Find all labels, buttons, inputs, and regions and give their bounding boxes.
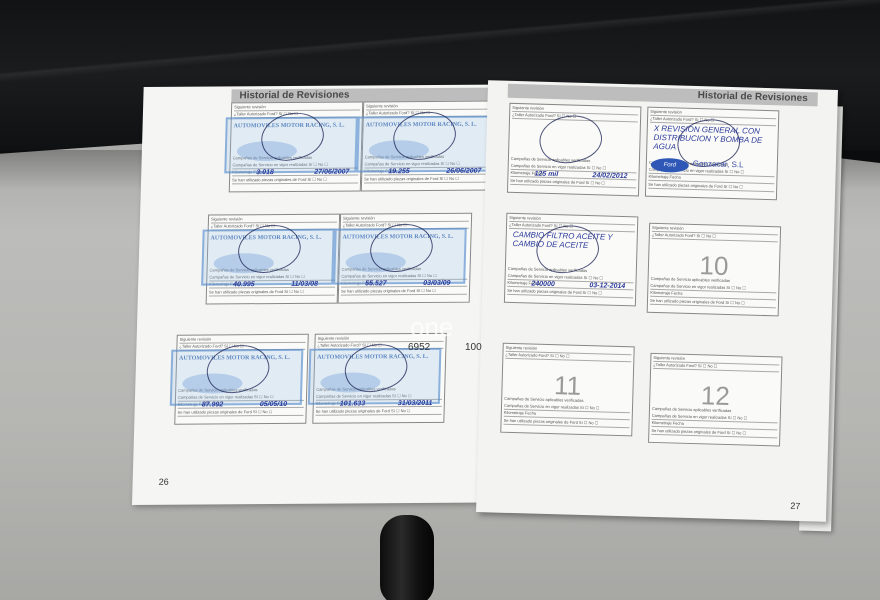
- label-piezas: Se han utilizado piezas originales de Fo…: [341, 287, 467, 296]
- service-number: 12: [650, 379, 781, 414]
- dealer-stamp-text: Gonzacar, S.L: [693, 159, 744, 169]
- right-page: Historial de Revisiones Siguiente revisi…: [476, 80, 838, 522]
- kilometraje-value: 3.018: [256, 169, 274, 176]
- kilometraje-value: 87.992: [202, 401, 224, 408]
- kilometraje-value: 101.633: [340, 400, 366, 407]
- label-piezas: Se han utilizado piezas originales de Fo…: [364, 175, 490, 184]
- fecha-value: 05/05/10: [260, 401, 287, 408]
- service-number: 11: [502, 369, 633, 404]
- page-number: 26: [159, 477, 169, 487]
- service-number: 10: [649, 249, 780, 284]
- watermark-left-value: 6952: [408, 342, 430, 353]
- handwritten-note: X REVISION GENERAL CON DISTRIBUCION Y BO…: [653, 124, 772, 154]
- service-record-card: Siguiente revisión¿Taller Autorizado For…: [648, 353, 782, 447]
- service-record-card: Siguiente revisión¿Taller Autorizado For…: [229, 101, 364, 192]
- service-record-card: Siguiente revisión¿Taller Autorizado For…: [504, 213, 638, 307]
- kilometraje-value: 40.995: [233, 281, 255, 288]
- phone-holder-clip: [380, 515, 434, 600]
- fecha-value: 03/03/09: [423, 280, 450, 287]
- watermark-logo: one: [410, 312, 453, 343]
- kilometraje-value: 240000: [531, 280, 555, 288]
- service-record-card: Siguiente revisión¿Taller Autorizado For…: [206, 214, 341, 305]
- kilometraje-value: 19.255: [388, 168, 410, 175]
- service-record-card: Siguiente revisión¿Taller Autorizado For…: [645, 107, 779, 201]
- handwritten-note: CAMBIO FILTRO ACEITE Y CAMBIO DE ACEITE: [512, 230, 630, 251]
- fecha-value: 24/02/2012: [592, 172, 627, 180]
- service-record-card: Siguiente revisión¿Taller Autorizado For…: [361, 101, 496, 192]
- label-piezas: Se han utilizado piezas originales de Fo…: [209, 288, 335, 297]
- fecha-value: 11/03/08: [291, 281, 318, 288]
- kilometraje-value: 55.527: [365, 280, 387, 287]
- fecha-value: 26/06/2007: [446, 168, 481, 175]
- watermark-right-value: 100: [465, 342, 482, 353]
- left-page: Historial de Revisiones Siguiente revisi…: [132, 84, 516, 505]
- service-record-card: Siguiente revisión¿Taller Autorizado For…: [507, 103, 641, 197]
- fecha-value: 27/06/2007: [314, 169, 349, 176]
- page-number: 27: [790, 501, 800, 511]
- service-record-card: Siguiente revisión¿Taller Autorizado For…: [647, 223, 781, 317]
- label-piezas: Se han utilizado piezas originales de Fo…: [232, 175, 358, 184]
- service-record-card: Siguiente revisión¿Taller Autorizado For…: [500, 343, 634, 437]
- fecha-value: 03-12-2014: [589, 282, 625, 290]
- label-piezas: Se han utilizado piezas originales de Fo…: [177, 408, 303, 417]
- service-record-card: Siguiente revisión¿Taller Autorizado For…: [174, 334, 309, 425]
- service-record-card: Siguiente revisión¿Taller Autorizado For…: [338, 213, 473, 304]
- fecha-value: 31/03/2011: [398, 400, 433, 407]
- label-piezas: Se han utilizado piezas originales de Fo…: [315, 407, 441, 416]
- page-header: Historial de Revisiones: [508, 84, 818, 107]
- kilometraje-value: 125 mil: [534, 171, 558, 179]
